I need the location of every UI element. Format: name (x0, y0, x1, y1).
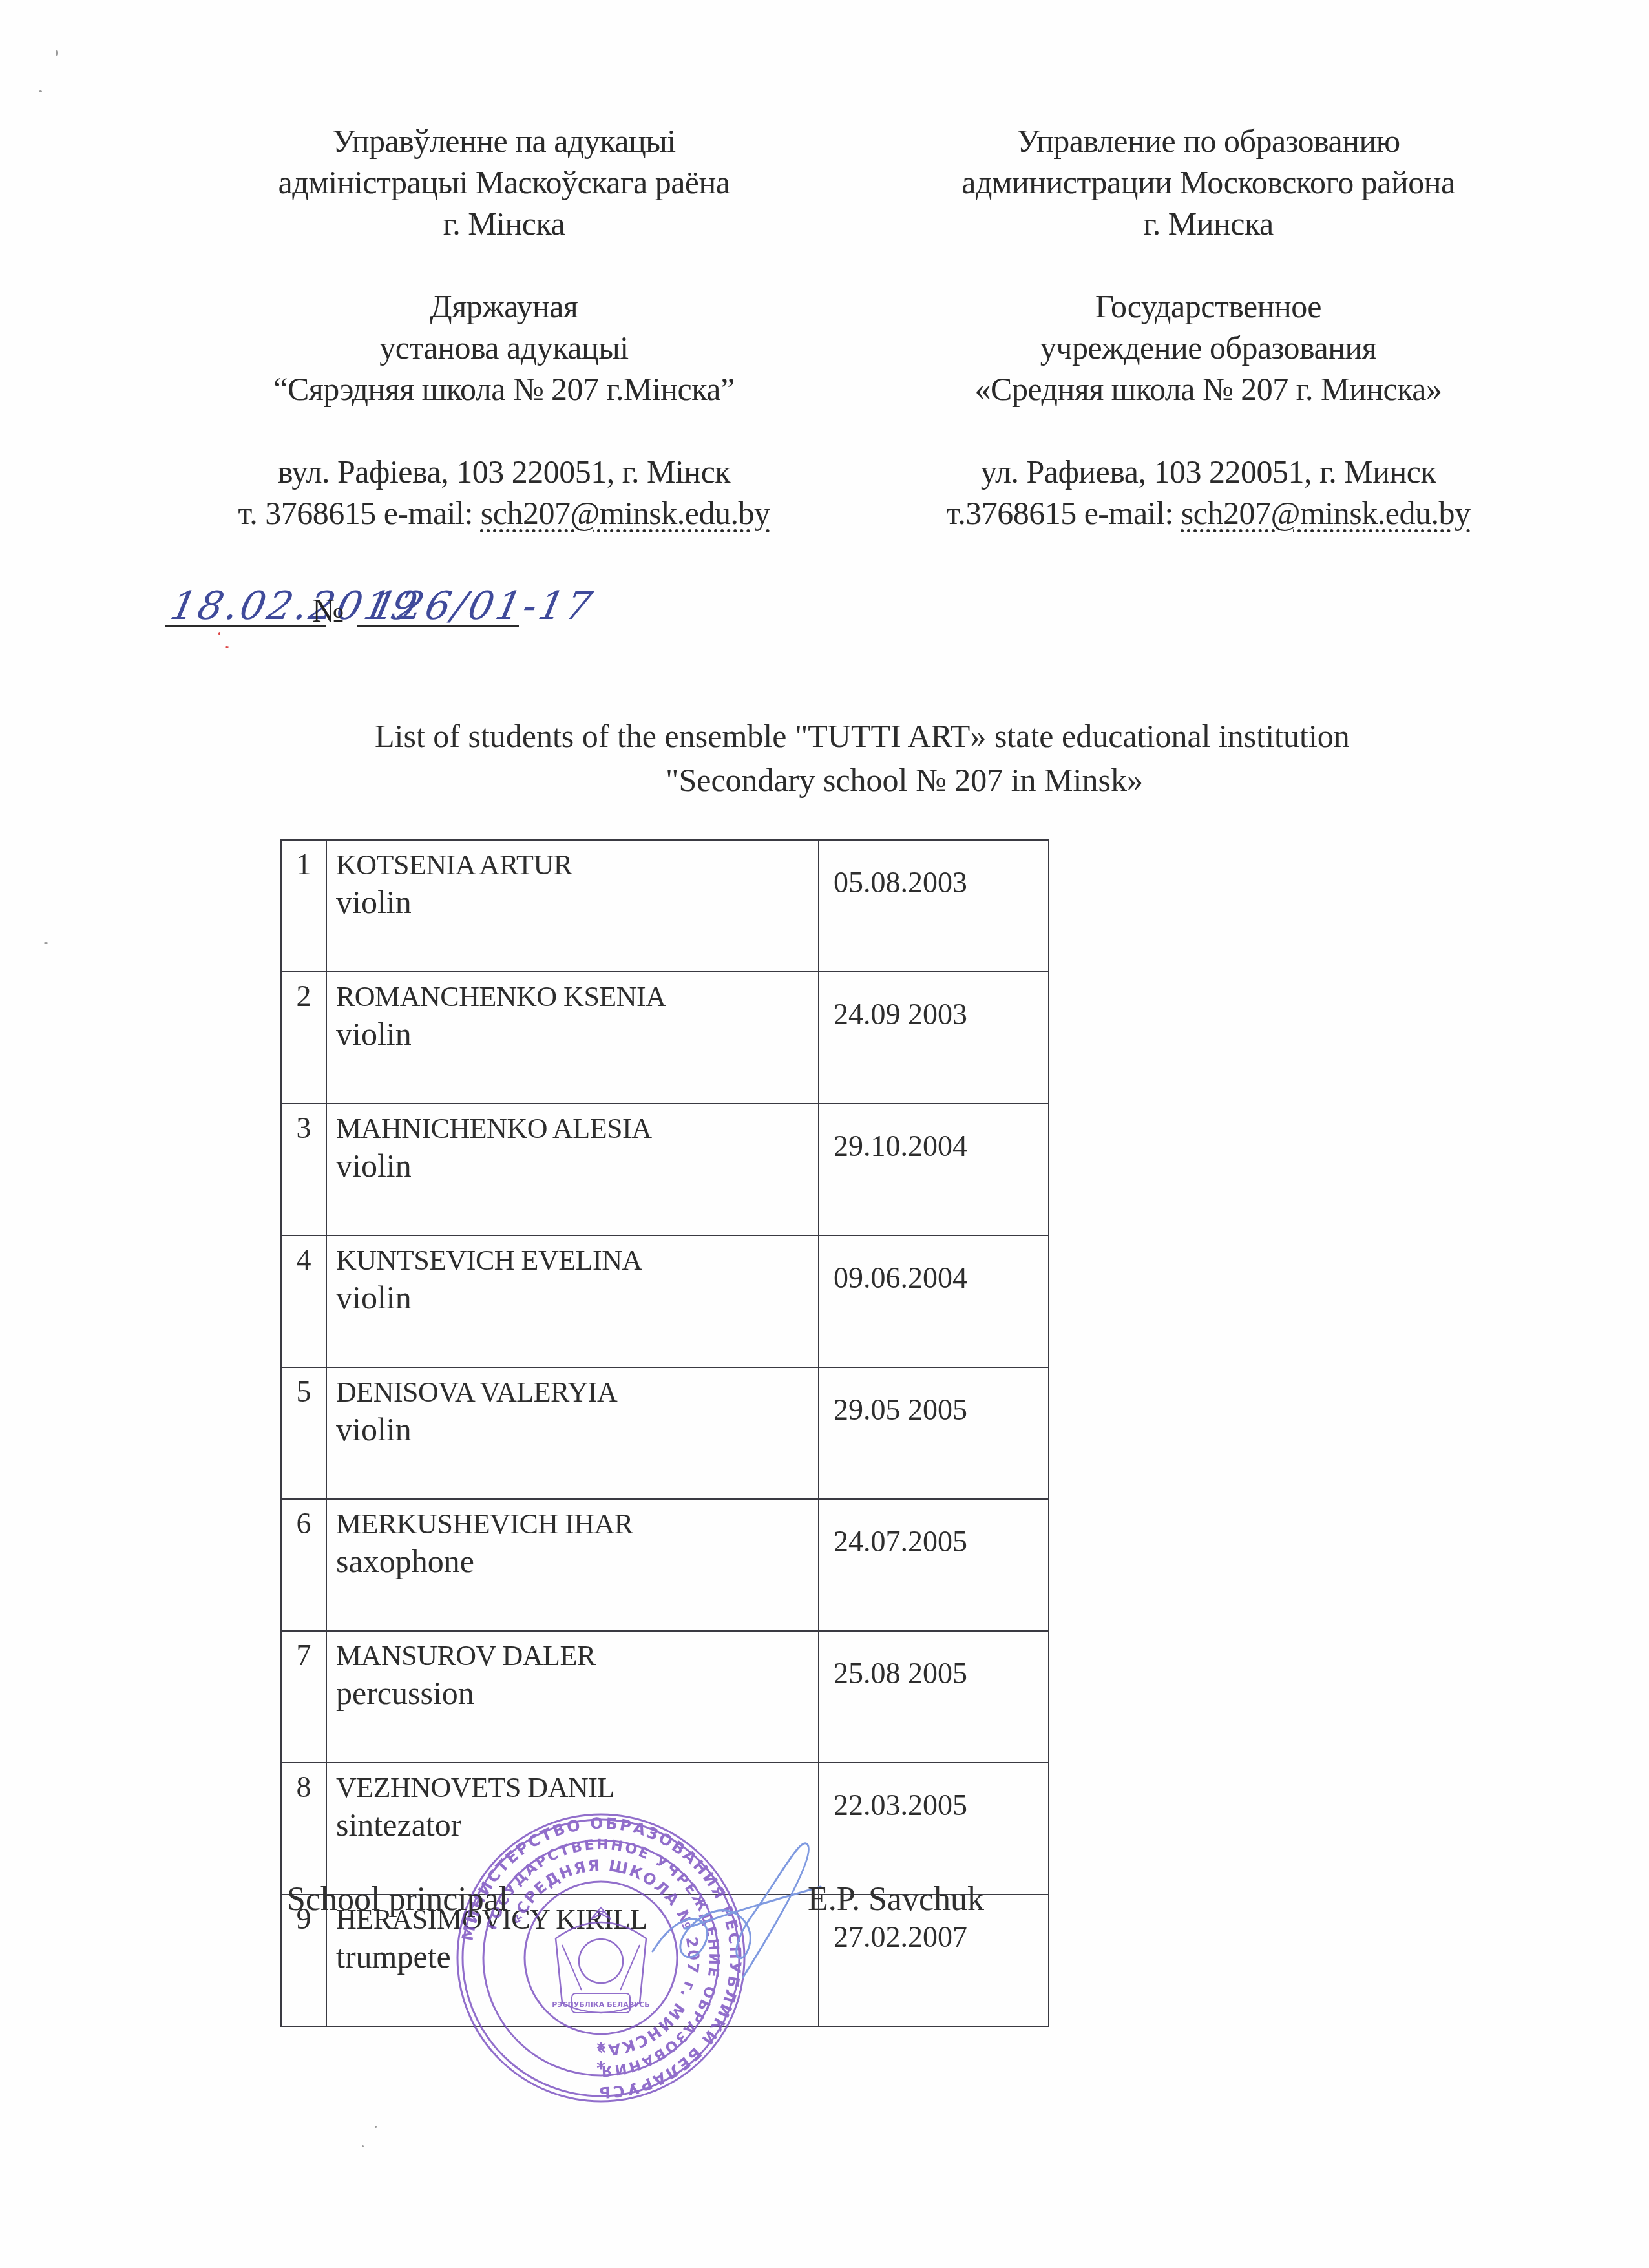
row-number: 8 (281, 1763, 326, 1895)
contact-line: т.3768615 e-mail: sch207@minsk.edu.by (885, 492, 1531, 534)
institution-line: Дяржауная (207, 286, 801, 327)
birth-date: 29.05 2005 (819, 1367, 1049, 1499)
scan-speck (44, 942, 48, 944)
row-number: 6 (281, 1499, 326, 1631)
authority-line: г. Минска (885, 203, 1531, 244)
document-title: List of students of the ensemble "TUTTI … (362, 714, 1564, 802)
stamp-star-icon: * (596, 2059, 605, 2079)
authority-line: Управўленне па адукацыі (207, 120, 801, 162)
student-instrument: violin (336, 1277, 818, 1318)
student-name: KOTSENIA ARTUR (336, 848, 818, 882)
table-row: 1KOTSENIA ARTURviolin05.08.2003 (281, 840, 1049, 972)
scanned-document-page: Управўленне па адукацыі адміністрацыі Ма… (0, 0, 1649, 2268)
spacer (885, 244, 1531, 286)
letterhead-russian: Управление по образованию администрации … (885, 120, 1531, 534)
institution-line: «Средняя школа № 207 г. Минска» (885, 368, 1531, 410)
birth-date: 09.06.2004 (819, 1235, 1049, 1367)
authority-line: г. Мінска (207, 203, 801, 244)
authority-line: адміністрацыі Маскоўскага раёна (207, 162, 801, 203)
institution-line: установа адукацыі (207, 327, 801, 368)
student-name: MAHNICHENKO ALESIA (336, 1112, 818, 1146)
row-number: 7 (281, 1631, 326, 1763)
student-name: VEZHNOVETS DANIL (336, 1771, 818, 1805)
scan-speck (362, 2145, 364, 2147)
signatory-role: School principal (287, 1880, 508, 1918)
stamp-star-icon: * (596, 2040, 605, 2059)
scan-speck (39, 90, 42, 92)
student-instrument: violin (336, 1146, 818, 1186)
table-row: 7MANSUROV DALERpercussion25.08 2005 (281, 1631, 1049, 1763)
authority-line: администрации Московского района (885, 162, 1531, 203)
title-line-1: List of students of the ensemble "TUTTI … (362, 714, 1564, 758)
birth-date: 24.07.2005 (819, 1499, 1049, 1631)
scan-speck (375, 2126, 377, 2128)
birth-date: 24.09 2003 (819, 972, 1049, 1104)
student-name: DENISOVA VALERYIA (336, 1376, 818, 1409)
email-link[interactable]: sch207@minsk.edu.by (481, 495, 770, 531)
student-cell: MANSUROV DALERpercussion (326, 1631, 819, 1763)
student-instrument: saxophone (336, 1541, 818, 1581)
signatory-name: E.P. Savchuk (808, 1880, 984, 1918)
spacer (885, 410, 1531, 451)
row-number: 2 (281, 972, 326, 1104)
student-name: MANSUROV DALER (336, 1639, 818, 1673)
institution-line: “Сярэдняя школа № 207 г.Мінска” (207, 368, 801, 410)
letterhead-belarusian: Управўленне па адукацыі адміністрацыі Ма… (207, 120, 801, 534)
table-row: 2ROMANCHENKO KSENIAviolin24.09 2003 (281, 972, 1049, 1104)
title-line-2: "Secondary school № 207 in Minsk» (362, 758, 1564, 802)
table-row: 6MERKUSHEVICH IHARsaxophone24.07.2005 (281, 1499, 1049, 1631)
student-cell: DENISOVA VALERYIAviolin (326, 1367, 819, 1499)
number-sign: № (312, 592, 344, 630)
handwritten-registration-number: 126/01-17 (367, 583, 599, 629)
contact-line: т. 3768615 e-mail: sch207@minsk.edu.by (207, 492, 801, 534)
spacer (207, 410, 801, 451)
student-name: ROMANCHENKO KSENIA (336, 980, 818, 1014)
phone-text: т.3768615 e-mail: (947, 495, 1181, 531)
row-number: 3 (281, 1104, 326, 1235)
row-number: 4 (281, 1235, 326, 1367)
row-number: 1 (281, 840, 326, 972)
birth-date: 25.08 2005 (819, 1631, 1049, 1763)
student-instrument: violin (336, 882, 818, 922)
birth-date: 05.08.2003 (819, 840, 1049, 972)
stamp-emblem-text: РЭСПУБЛІКА БЕЛАРУСЬ (552, 2000, 649, 2009)
address: вул. Рафіева, 103 220051, г. Мінск (207, 451, 801, 492)
student-cell: MERKUSHEVICH IHARsaxophone (326, 1499, 819, 1631)
table-row: 3MAHNICHENKO ALESIAviolin29.10.2004 (281, 1104, 1049, 1235)
scan-speck (225, 646, 229, 648)
student-cell: ROMANCHENKO KSENIAviolin (326, 972, 819, 1104)
institution-line: учреждение образования (885, 327, 1531, 368)
student-cell: KOTSENIA ARTURviolin (326, 840, 819, 972)
student-name: KUNTSEVICH EVELINA (336, 1244, 818, 1277)
student-name: MERKUSHEVICH IHAR (336, 1507, 818, 1541)
address: ул. Рафиева, 103 220051, г. Минск (885, 451, 1531, 492)
student-cell: MAHNICHENKO ALESIAviolin (326, 1104, 819, 1235)
student-cell: KUNTSEVICH EVELINAviolin (326, 1235, 819, 1367)
row-number: 5 (281, 1367, 326, 1499)
table-row: 4KUNTSEVICH EVELINAviolin09.06.2004 (281, 1235, 1049, 1367)
scan-speck (218, 632, 220, 635)
student-instrument: percussion (336, 1673, 818, 1713)
table-row: 5DENISOVA VALERYIAviolin29.05 2005 (281, 1367, 1049, 1499)
spacer (207, 244, 801, 286)
student-instrument: violin (336, 1014, 818, 1054)
institution-line: Государственное (885, 286, 1531, 327)
phone-text: т. 3768615 e-mail: (238, 495, 481, 531)
student-instrument: violin (336, 1409, 818, 1449)
scan-speck (56, 50, 58, 56)
birth-date: 29.10.2004 (819, 1104, 1049, 1235)
registration-line: 18.02.2019 № 126/01-17 (165, 585, 733, 643)
authority-line: Управление по образованию (885, 120, 1531, 162)
email-link[interactable]: sch207@minsk.edu.by (1181, 495, 1471, 531)
